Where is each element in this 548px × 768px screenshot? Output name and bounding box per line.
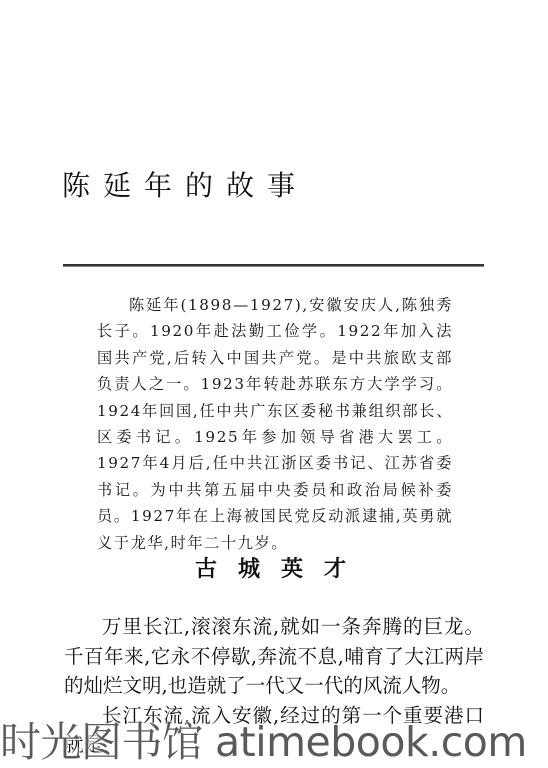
chapter-title: 陈延年的故事	[62, 168, 308, 204]
title-divider	[63, 264, 484, 267]
chapter-intro-summary: 陈延年(1898—1927),安徽安庆人,陈独秀长子。1920年赴法勤工俭学。1…	[97, 292, 453, 556]
body-paragraph: 万里长江,滚滚东流,就如一条奔腾的巨龙。千百年来,它永不停歇,奔流不息,哺育了大…	[64, 612, 484, 701]
section-heading: 古城英才	[0, 554, 548, 586]
site-watermark: 时光图书馆 atimebook.com	[0, 716, 548, 768]
